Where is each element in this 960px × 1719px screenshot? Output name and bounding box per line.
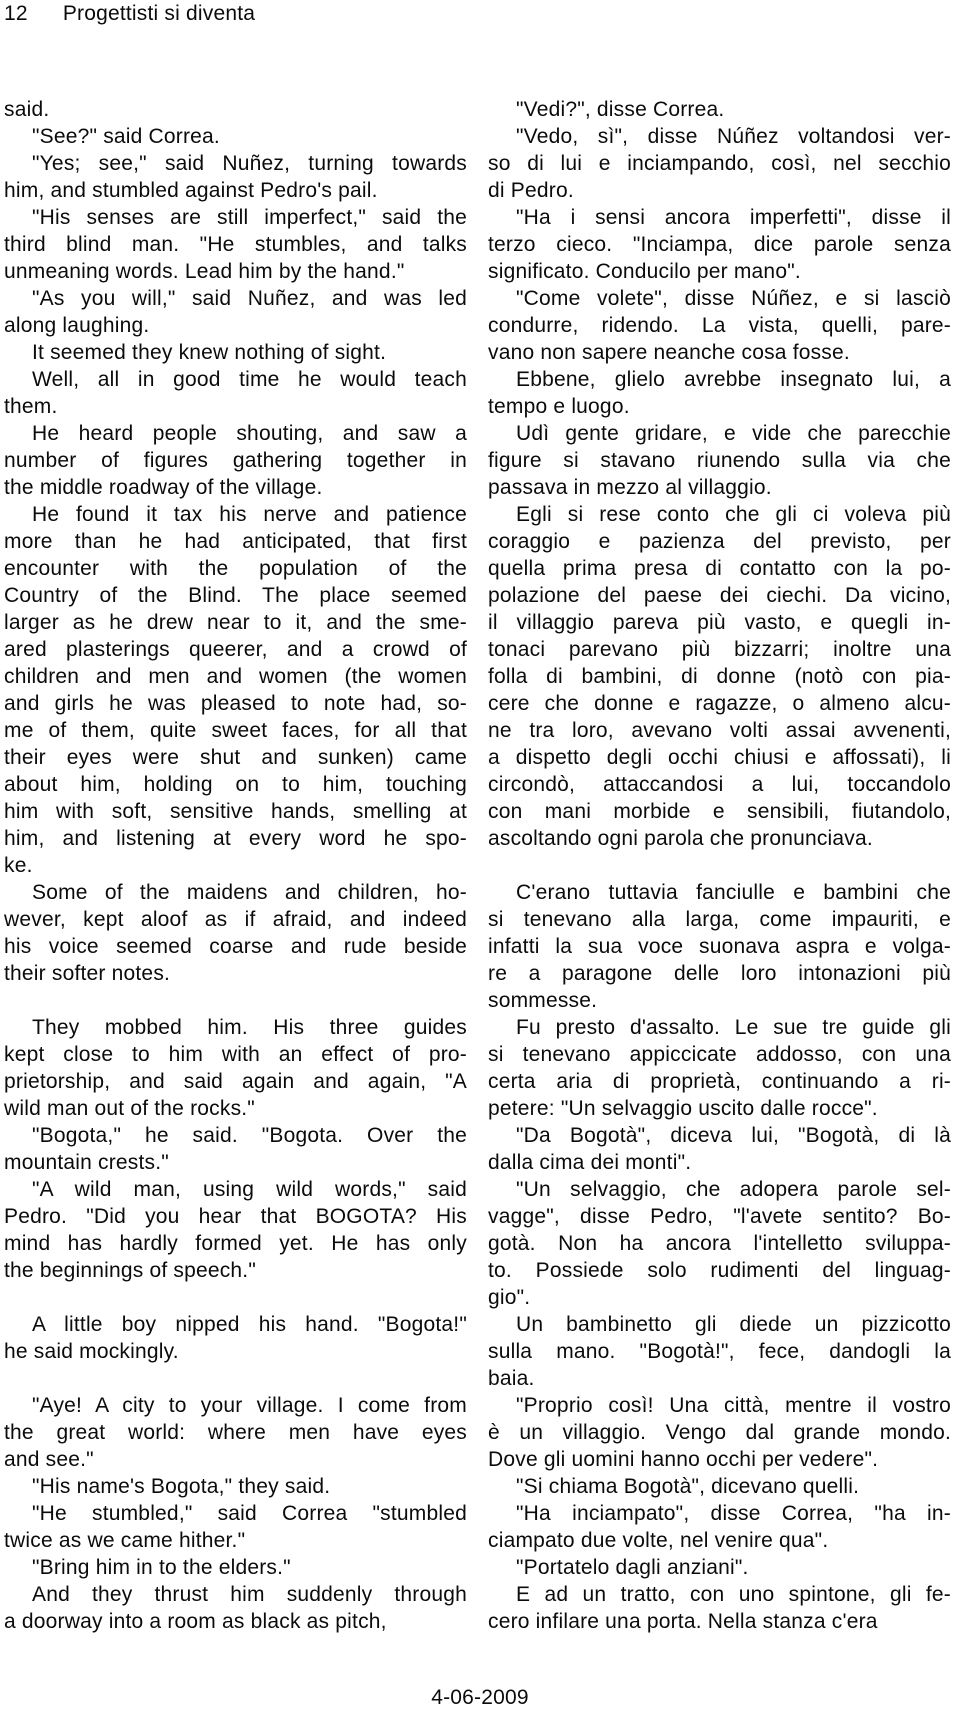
text-line: "Come volete", disse Núñez, e si lasciò [488,285,951,312]
text-line: Ebbene, glielo avrebbe insegnato lui, a [488,366,951,393]
text-line: passava in mezzo al villaggio. [488,474,951,501]
text-line: gio". [488,1284,951,1311]
text-line: wild man out of the rocks." [4,1095,467,1122]
text-line: Udì gente gridare, e vide che parecchie [488,420,951,447]
paragraph-gap [4,1284,467,1311]
text-line: Country of the Blind. The place seemed [4,582,467,609]
text-line: he said mockingly. [4,1338,467,1365]
text-line: polazione del paese dei ciechi. Da vicin… [488,582,951,609]
text-line: encounter with the population of the [4,555,467,582]
text-line: And they thrust him suddenly through [4,1581,467,1608]
text-line: Some of the maidens and children, ho- [4,879,467,906]
text-line: the great world: where men have eyes [4,1419,467,1446]
text-line: "His name's Bogota," they said. [4,1473,467,1500]
text-line: said. [4,96,467,123]
text-line: number of figures gathering together in [4,447,467,474]
text-line: "He stumbled," said Correa "stumbled [4,1500,467,1527]
text-line: "Un selvaggio, che adopera parole sel- [488,1176,951,1203]
text-line: cero infilare una porta. Nella stanza c'… [488,1608,951,1635]
page-footer: 4-06-2009 [0,1686,960,1710]
text-line: gotà. Non ha ancora l'intelletto svilupp… [488,1230,951,1257]
paragraph-gap [4,987,467,1014]
text-line: "Si chiama Bogotà", dicevano quelli. [488,1473,951,1500]
text-line: children and men and women (the women [4,663,467,690]
text-line: along laughing. [4,312,467,339]
text-line: me of them, quite sweet faces, for all t… [4,717,467,744]
text-line: è un villaggio. Vengo dal grande mondo. [488,1419,951,1446]
text-line: Pedro. "Did you hear that BOGOTA? His [4,1203,467,1230]
text-line: a dispetto degli occhi chiusi e affossat… [488,744,951,771]
text-line: about him, holding on to him, touching [4,771,467,798]
text-line: third blind man. "He stumbles, and talks [4,231,467,258]
text-line: "Da Bogotà", diceva lui, "Bogotà, di là [488,1122,951,1149]
text-line: figure si stavano riunendo sulla via che [488,447,951,474]
page-header: 12 Progettisti si diventa [4,2,255,26]
text-line: C'erano tuttavia fanciulle e bambini che [488,879,951,906]
text-line: A little boy nipped his hand. "Bogota!" [4,1311,467,1338]
text-line: ascoltando ogni parola che pronunciava. [488,825,951,852]
footer-date: 4-06-2009 [431,1686,529,1709]
text-line: "His senses are still imperfect," said t… [4,204,467,231]
text-line: the beginnings of speech." [4,1257,467,1284]
text-line: his voice seemed coarse and rude beside [4,933,467,960]
text-line: Un bambinetto gli diede un pizzicotto [488,1311,951,1338]
text-line: Fu presto d'assalto. Le sue tre guide gl… [488,1014,951,1041]
text-columns: said."See?" said Correa."Yes; see," said… [4,96,951,1635]
paragraph-gap [4,1365,467,1392]
text-line: so di lui e inciampando, così, nel secch… [488,150,951,177]
text-line: tempo e luogo. [488,393,951,420]
page-number: 12 [4,2,28,26]
text-line: He heard people shouting, and saw a [4,420,467,447]
text-line: larger as he drew near to it, and the sm… [4,609,467,636]
text-line: their eyes were shut and sunken) came [4,744,467,771]
text-line: certa aria di proprietà, continuando a r… [488,1068,951,1095]
text-line: vano non sapere neanche cosa fosse. [488,339,951,366]
document-page: 12 Progettisti si diventa said."See?" sa… [0,0,960,1719]
column-english-text: said."See?" said Correa."Yes; see," said… [4,96,467,1635]
text-line: sulla mano. "Bogotà!", fece, dandogli la [488,1338,951,1365]
text-line: folla di bambini, di donne (notò con pia… [488,663,951,690]
text-line: Well, all in good time he would teach [4,366,467,393]
text-line: him, and listening at every word he spo- [4,825,467,852]
text-line: si tenevano alla larga, come impauriti, … [488,906,951,933]
text-line: wever, kept aloof as if afraid, and inde… [4,906,467,933]
text-line: circondò, attaccandosi a lui, toccandolo [488,771,951,798]
text-line: ne tra loro, avevano volti assai avvenen… [488,717,951,744]
text-line: him with soft, sensitive hands, smelling… [4,798,467,825]
text-line: si tenevano appiccicate addosso, con una [488,1041,951,1068]
text-line: vagge", disse Pedro, "l'avete sentito? B… [488,1203,951,1230]
text-line: petere: "Un selvaggio uscito dalle rocce… [488,1095,951,1122]
text-line: quella prima presa di contatto con la po… [488,555,951,582]
text-line: cere che donne e ragazze, o almeno alcu- [488,690,951,717]
text-line: and see." [4,1446,467,1473]
text-line: Egli si rese conto che gli ci voleva più [488,501,951,528]
text-line: mountain crests." [4,1149,467,1176]
text-line: di Pedro. [488,177,951,204]
paragraph-gap [488,852,951,879]
text-line: "Vedo, sì", disse Núñez voltandosi ver- [488,123,951,150]
text-line: the middle roadway of the village. [4,474,467,501]
text-line: kept close to him with an effect of pro- [4,1041,467,1068]
text-line: significato. Conducilo per mano". [488,258,951,285]
text-line: It seemed they knew nothing of sight. [4,339,467,366]
page-title: Progettisti si diventa [63,2,255,26]
text-line: "Proprio così! Una città, mentre il vost… [488,1392,951,1419]
text-line: il villaggio pareva più vasto, e quegli … [488,609,951,636]
text-line: ciampato due volte, nel venire qua". [488,1527,951,1554]
text-line: "Bring him in to the elders." [4,1554,467,1581]
text-line: "Yes; see," said Nuñez, turning towards [4,150,467,177]
text-line: "See?" said Correa. [4,123,467,150]
text-line: terzo cieco. "Inciampa, dice parole senz… [488,231,951,258]
text-line: "Ha inciampato", disse Correa, "ha in- [488,1500,951,1527]
text-line: "A wild man, using wild words," said [4,1176,467,1203]
text-line: infatti la sua voce suonava aspra e volg… [488,933,951,960]
text-line: "Portatelo dagli anziani". [488,1554,951,1581]
text-line: "Ha i sensi ancora imperfetti", disse il [488,204,951,231]
text-line: Dove gli uomini hanno occhi per vedere". [488,1446,951,1473]
text-line: dalla cima dei monti". [488,1149,951,1176]
text-line: ared plasterings queerer, and a crowd of [4,636,467,663]
text-line: twice as we came hither." [4,1527,467,1554]
text-line: re a paragone delle loro intonazioni più [488,960,951,987]
text-line: con mani morbide e sensibili, fiutandolo… [488,798,951,825]
text-line: He found it tax his nerve and patience [4,501,467,528]
text-line: mind has hardly formed yet. He has only [4,1230,467,1257]
text-line: sommesse. [488,987,951,1014]
text-line: to. Possiede solo rudimenti del linguag- [488,1257,951,1284]
text-line: "Bogota," he said. "Bogota. Over the [4,1122,467,1149]
text-line: them. [4,393,467,420]
text-line: a doorway into a room as black as pitch, [4,1608,467,1635]
text-line: "Aye! A city to your village. I come fro… [4,1392,467,1419]
text-line: and girls he was pleased to note had, so… [4,690,467,717]
text-line: tonaci parevano più bizzarri; inoltre un… [488,636,951,663]
text-line: coraggio e pazienza del previsto, per [488,528,951,555]
text-line: their softer notes. [4,960,467,987]
column-italian-text: "Vedi?", disse Correa."Vedo, sì", disse … [488,96,951,1635]
text-line: baia. [488,1365,951,1392]
text-line: condurre, ridendo. La vista, quelli, par… [488,312,951,339]
text-line: E ad un tratto, con uno spintone, gli fe… [488,1581,951,1608]
text-line: They mobbed him. His three guides [4,1014,467,1041]
text-line: "As you will," said Nuñez, and was led [4,285,467,312]
text-line: "Vedi?", disse Correa. [488,96,951,123]
text-line: unmeaning words. Lead him by the hand." [4,258,467,285]
text-line: more than he had anticipated, that first [4,528,467,555]
text-line: ke. [4,852,467,879]
text-line: him, and stumbled against Pedro's pail. [4,177,467,204]
text-line: prietorship, and said again and again, "… [4,1068,467,1095]
